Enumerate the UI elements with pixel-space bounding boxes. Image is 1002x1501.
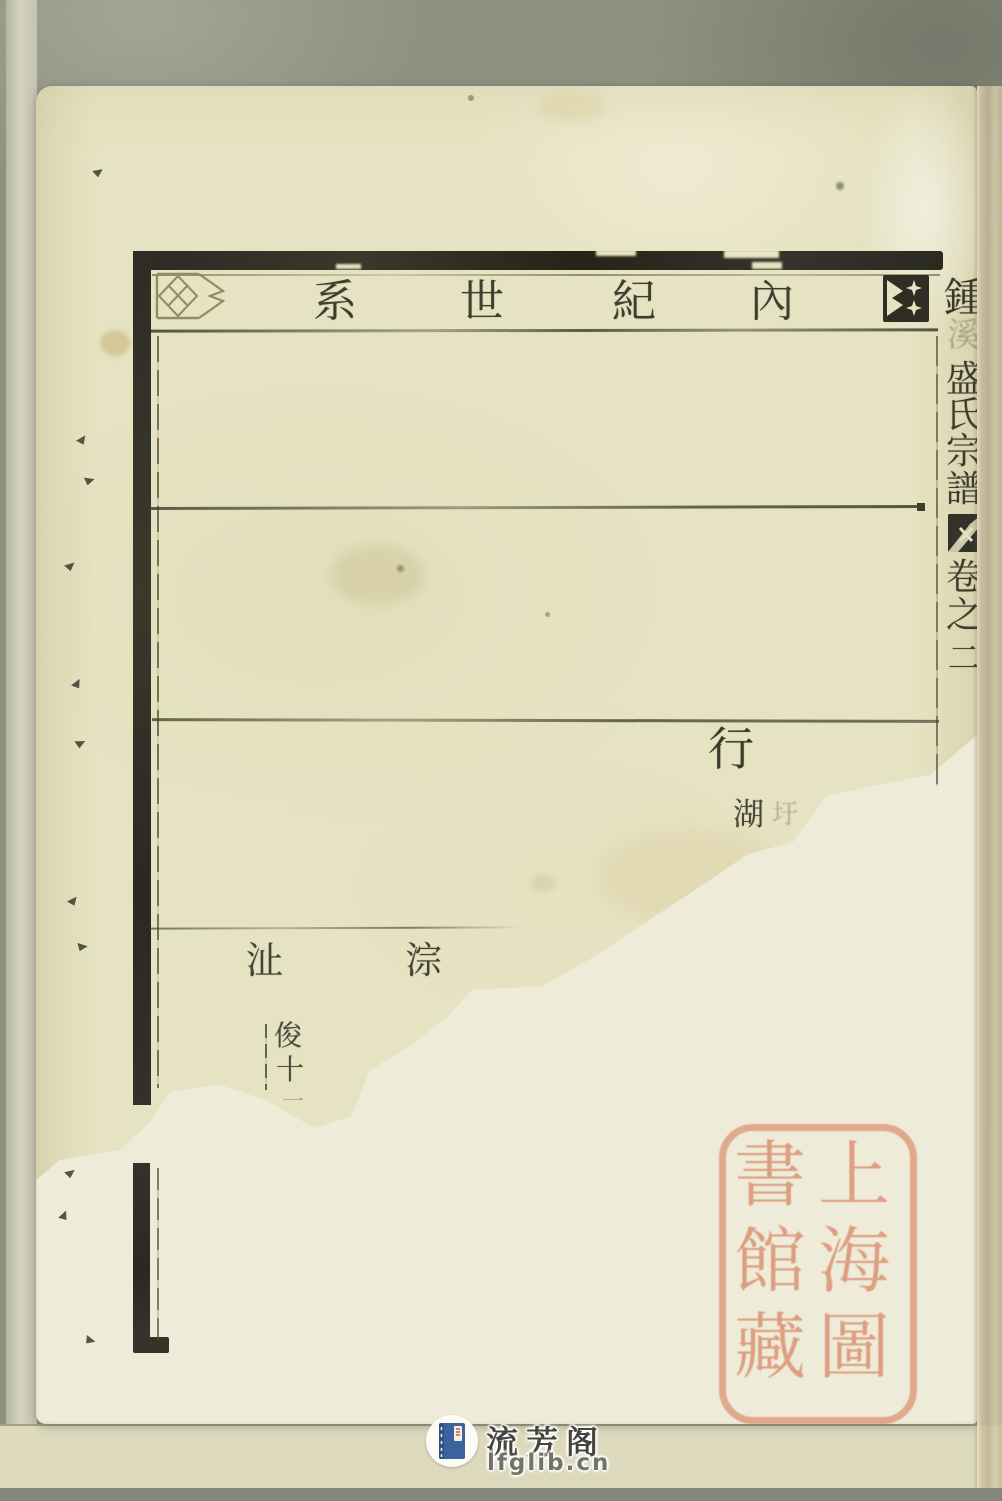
right-page-edge bbox=[977, 86, 1002, 1490]
stain bbox=[530, 874, 556, 892]
header-char: 世 bbox=[460, 280, 504, 324]
inner-left-rule bbox=[157, 336, 159, 1088]
frame-chip bbox=[724, 250, 779, 258]
seal-char: 藏 bbox=[734, 1311, 806, 1383]
annotation-rule bbox=[265, 1024, 267, 1090]
spine-title-char: 氏 bbox=[946, 398, 977, 434]
spine-volume-char: 卷 bbox=[946, 560, 977, 596]
name-hu: 湖 bbox=[733, 800, 764, 831]
bottom-mat-strip bbox=[0, 1488, 1002, 1501]
binding-hole-mark bbox=[81, 474, 94, 487]
seal-char: 圖 bbox=[818, 1311, 890, 1383]
annotation-char: 俊 bbox=[274, 1022, 302, 1050]
header-bottom-rule bbox=[151, 328, 938, 332]
inner-left-rule-lower bbox=[157, 1168, 159, 1340]
stain bbox=[100, 330, 130, 356]
spine-title-char: 譜 bbox=[946, 472, 977, 508]
watermark-badge bbox=[426, 1415, 478, 1467]
spine-volume-char: 之 bbox=[946, 598, 977, 634]
frame-top-border bbox=[133, 251, 943, 270]
watermark-site-url: lfglib.cn bbox=[487, 1450, 610, 1476]
inner-right-rule bbox=[936, 336, 938, 786]
binding-hole-mark bbox=[74, 940, 87, 953]
binding-hole-mark bbox=[73, 738, 85, 750]
spine-volume-char: 二 bbox=[948, 642, 977, 674]
binding-hole-mark bbox=[64, 562, 75, 572]
generation-char: 行 bbox=[708, 726, 754, 772]
frame-left-border-lower bbox=[133, 1163, 150, 1341]
seal-char: 館 bbox=[734, 1225, 806, 1297]
seal-char: 書 bbox=[734, 1139, 806, 1211]
header-char: 系 bbox=[313, 280, 357, 324]
seal-char: 上 bbox=[818, 1139, 890, 1211]
stain bbox=[536, 92, 606, 122]
stain bbox=[545, 612, 550, 617]
row-rule-3-partial bbox=[150, 926, 522, 929]
stain bbox=[397, 565, 404, 572]
scanned-genealogy-page: 系 世 紀 內 行 湖 圩 淙 沚 俊 十 一 鍾 溪 盛 氏 宗 譜 卷 bbox=[0, 0, 1002, 1501]
library-seal: 上 海 圖 書 館 藏 bbox=[719, 1124, 917, 1424]
binding-hole-mark bbox=[91, 167, 103, 178]
seal-char: 海 bbox=[818, 1225, 890, 1297]
header-top-rule bbox=[152, 274, 940, 276]
left-page-edge-strip bbox=[6, 0, 37, 1501]
spine-fishtail-ornament-icon bbox=[948, 514, 977, 552]
name-zhi: 沚 bbox=[246, 942, 283, 979]
binding-hole-mark bbox=[67, 897, 78, 907]
spine-title-char: 溪 bbox=[947, 318, 977, 351]
annotation-char-partial: 一 bbox=[282, 1092, 304, 1114]
book-icon bbox=[439, 1423, 465, 1459]
frame-chip bbox=[596, 250, 636, 256]
row-rule-1 bbox=[150, 505, 923, 510]
row-rule-1-endcap bbox=[917, 503, 925, 511]
spine-title-char: 鍾 bbox=[944, 278, 977, 318]
stain bbox=[330, 545, 425, 605]
stain bbox=[468, 95, 474, 101]
name-cong: 淙 bbox=[405, 942, 442, 979]
frame-chip bbox=[752, 262, 782, 269]
frame-corner-foot bbox=[133, 1337, 169, 1353]
fishtail-ornament-right-icon bbox=[883, 275, 929, 322]
fishtail-ornament-left-icon bbox=[155, 272, 227, 320]
stain bbox=[836, 182, 844, 190]
binding-hole-mark bbox=[70, 679, 82, 690]
name-hu-ghost: 圩 bbox=[772, 802, 798, 828]
paper-leaf: 系 世 紀 內 行 湖 圩 淙 沚 俊 十 一 鍾 溪 盛 氏 宗 譜 卷 bbox=[36, 86, 977, 1424]
watermark: 流芳阁 lfglib.cn bbox=[420, 1410, 700, 1480]
header-char: 紀 bbox=[612, 280, 656, 324]
row-rule-2 bbox=[152, 718, 939, 722]
annotation-char: 十 bbox=[276, 1056, 304, 1084]
frame-left-border bbox=[133, 251, 151, 1105]
header-char: 內 bbox=[750, 280, 794, 324]
spine-title-char: 宗 bbox=[946, 434, 977, 470]
frame-chip bbox=[336, 264, 361, 269]
spine-title-char: 盛 bbox=[946, 362, 977, 398]
binding-hole-mark bbox=[75, 435, 86, 445]
